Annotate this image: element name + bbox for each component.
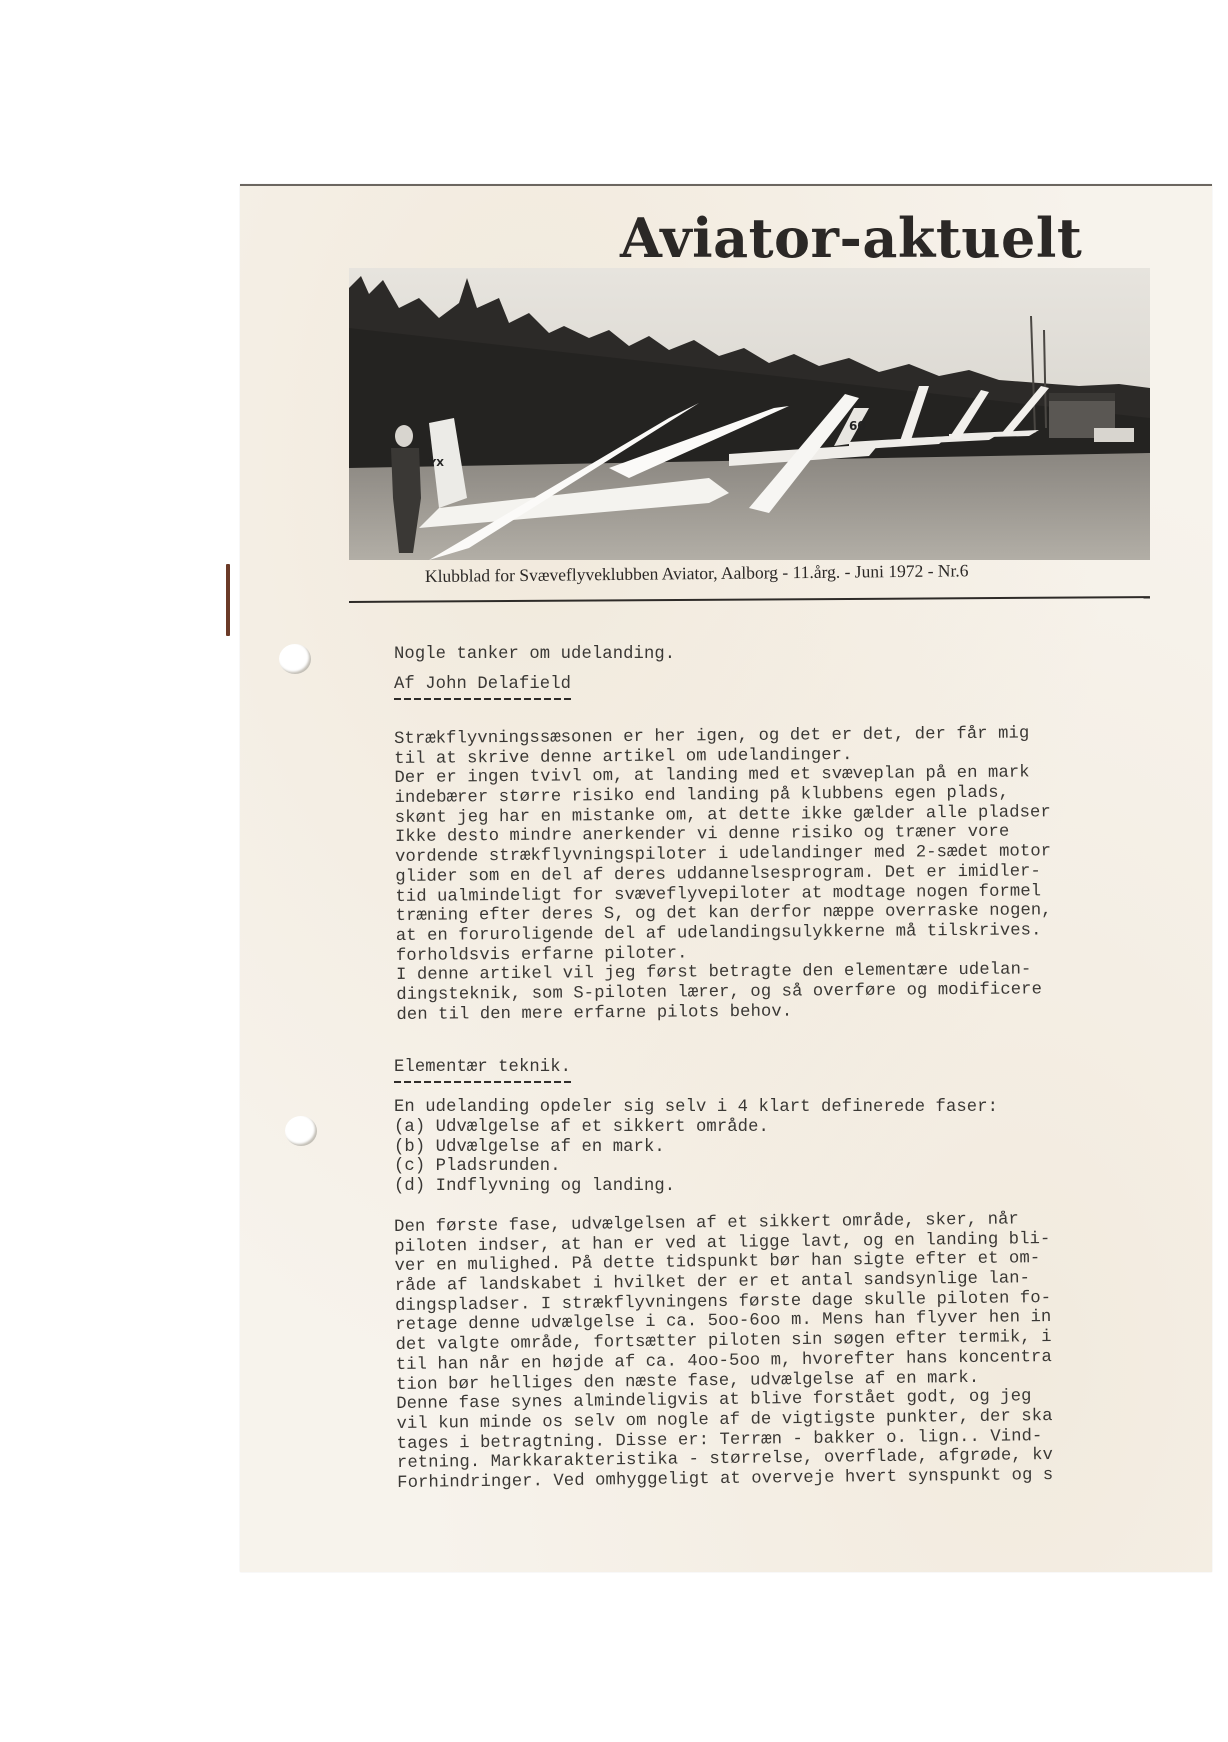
masthead-title: Aviator-aktuelt [620,206,1082,270]
section-heading: Elementær teknik. [394,1058,571,1078]
phases-intro: En udelanding opdeler sig selv i 4 klart… [394,1098,998,1118]
phase-item: (d) Indflyvning og landing. [394,1177,769,1197]
staple-mark [226,564,230,636]
article-byline: Af John Delafield [394,675,571,695]
masthead-photo: 60 YX [349,268,1150,560]
body-paragraph: Den første fase, udvælgelsen af et sikke… [394,1209,1157,1494]
section-heading-text: Elementær teknik. [394,1058,571,1078]
svg-text:60: 60 [849,419,866,433]
article-title: Nogle tanker om udelanding. [394,645,675,665]
punch-hole-icon [279,644,311,674]
phase-item: (a) Udvælgelse af et sikkert område. [394,1118,769,1138]
glider-field-photo: 60 YX [349,268,1150,560]
phase-item: (c) Pladsrunden. [394,1157,769,1177]
intro-paragraph: Strækflyvningssæsonen er her igen, og de… [394,724,1053,1025]
byline-text: Af John Delafield [394,675,571,695]
punch-hole-icon [285,1116,317,1146]
phases-list: (a) Udvælgelse af et sikkert område.(b) … [394,1118,769,1197]
svg-text:YX: YX [428,458,444,469]
phase-item: (b) Udvælgelse af en mark. [394,1138,769,1158]
